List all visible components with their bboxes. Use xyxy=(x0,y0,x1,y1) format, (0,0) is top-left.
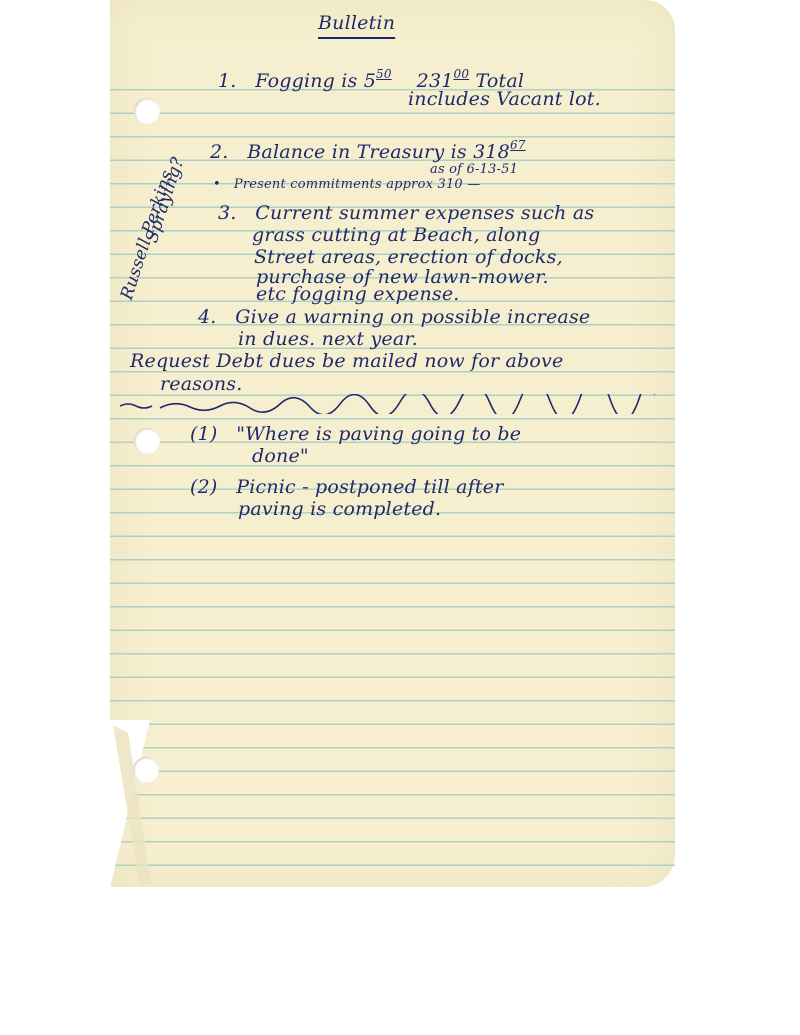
item-text: Balance in Treasury is 318 xyxy=(247,141,510,163)
item-number: 3. xyxy=(218,202,237,224)
punch-hole-top xyxy=(134,98,160,124)
item-3-line-2: grass cutting at Beach, along xyxy=(252,226,540,245)
item-2-line-1: 2. Balance in Treasury is 31867 xyxy=(210,139,526,162)
question-text: "Where is paving going to be xyxy=(236,423,521,445)
request-line-1: Request Debt dues be mailed now for abov… xyxy=(130,352,563,371)
request-line-2: reasons. xyxy=(160,375,242,394)
item-text: Give a warning on possible increase xyxy=(235,306,590,328)
item-3-line-5: etc fogging expense. xyxy=(256,285,460,304)
question-number: (1) xyxy=(190,423,218,445)
item-3-line-1: 3. Current summer expenses such as xyxy=(218,204,594,223)
punch-hole-middle xyxy=(134,428,160,454)
item-number: 4. xyxy=(198,306,217,328)
item-2-line-3: • Present commitments approx 310 — xyxy=(213,178,480,191)
item-total-superscript: 00 xyxy=(454,67,470,81)
item-number: 1. xyxy=(218,70,237,92)
page-title: Bulletin xyxy=(318,14,395,33)
question-1-line-2: done" xyxy=(252,447,309,466)
item-3-line-3: Street areas, erection of docks, xyxy=(254,248,563,267)
punch-hole-bottom xyxy=(133,757,159,783)
question-2-line-1: (2) Picnic - postponed till after xyxy=(190,478,504,497)
item-superscript: 50 xyxy=(376,67,392,81)
item-superscript: 67 xyxy=(510,138,526,152)
item-1-line-2: includes Vacant lot. xyxy=(408,90,601,109)
question-text: Picnic - postponed till after xyxy=(236,476,503,498)
item-2-line-2: as of 6-13-51 xyxy=(430,163,518,176)
question-number: (2) xyxy=(190,476,218,498)
item-number: 2. xyxy=(210,141,229,163)
item-text: Current summer expenses such as xyxy=(255,202,594,224)
item-4-line-2: in dues. next year. xyxy=(238,330,418,349)
item-4-line-1: 4. Give a warning on possible increase xyxy=(198,308,590,327)
item-text: Fogging is 5 xyxy=(255,70,376,92)
wavy-divider xyxy=(120,394,655,414)
question-2-line-2: paving is completed. xyxy=(238,500,441,519)
question-1-line-1: (1) "Where is paving going to be xyxy=(190,425,521,444)
item-text: Present commitments approx 310 — xyxy=(234,177,481,192)
bullet: • xyxy=(213,177,221,192)
